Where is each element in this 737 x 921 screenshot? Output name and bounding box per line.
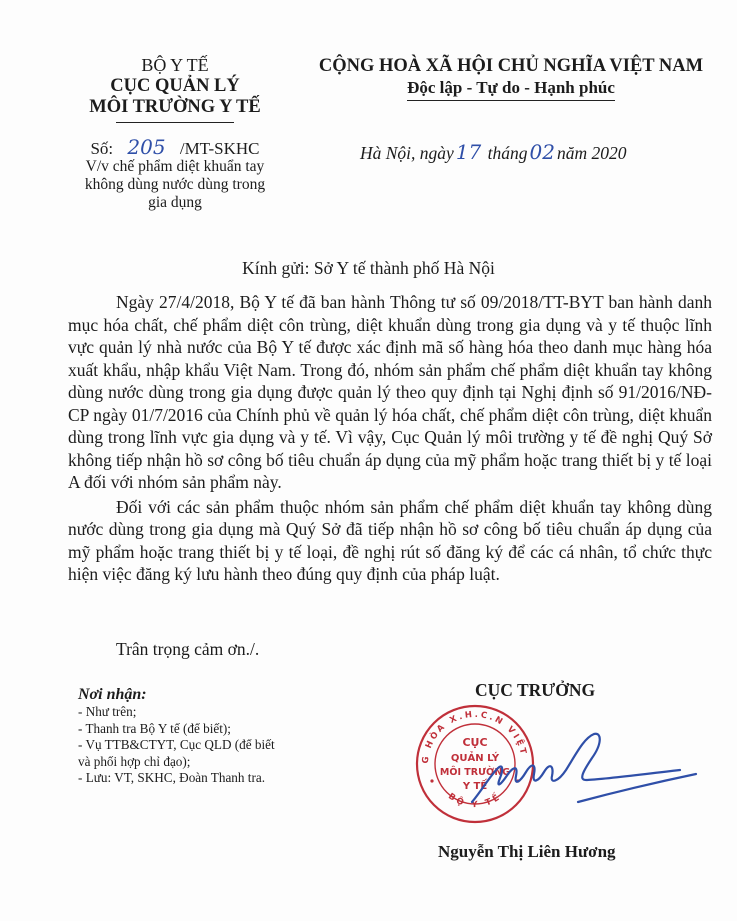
body-paragraph-1: Ngày 27/4/2018, Bộ Y tế đã ban hành Thôn… — [68, 291, 712, 494]
national-header-block: CỘNG HOÀ XÃ HỘI CHỦ NGHĨA VIỆT NAM Độc l… — [295, 55, 727, 101]
document-number: Số: 205 /MT-SKHC — [62, 136, 288, 160]
signatory-name: Nguyễn Thị Liên Hương — [438, 842, 616, 862]
date-year: năm 2020 — [557, 143, 627, 163]
agency-underline — [116, 122, 234, 123]
ministry-name: BỘ Y TẾ — [62, 55, 288, 76]
letter-body: Ngày 27/4/2018, Bộ Y tế đã ban hành Thôn… — [68, 291, 712, 586]
agency-name-line1: CỤC QUẢN LÝ — [62, 76, 288, 97]
recipients-title: Nơi nhận: — [78, 685, 338, 704]
subject-line: không dùng nước dùng trong — [62, 176, 288, 194]
handwritten-signature — [468, 730, 698, 810]
recipient-item: - Vụ TTB&CTYT, Cục QLD (để biết — [78, 737, 338, 754]
recipient-item: - Như trên; — [78, 704, 338, 721]
document-subject: V/v chế phẩm diệt khuẩn tay không dùng n… — [62, 158, 288, 212]
document-date: Hà Nội, ngày17 tháng02năm 2020 — [360, 140, 627, 164]
national-motto: Độc lập - Tự do - Hạnh phúc — [407, 77, 615, 101]
nation-name: CỘNG HOÀ XÃ HỘI CHỦ NGHĨA VIỆT NAM — [295, 55, 727, 77]
issuing-agency-block: BỘ Y TẾ CỤC QUẢN LÝ MÔI TRƯỜNG Y TẾ — [62, 55, 288, 123]
recipient-item: - Thanh tra Bộ Y tế (để biết); — [78, 721, 338, 738]
closing-line: Trân trọng cảm ơn./. — [116, 639, 259, 660]
subject-line: gia dụng — [62, 194, 288, 212]
salutation: Kính gửi: Sở Y tế thành phố Hà Nội — [0, 258, 737, 279]
doc-number-prefix: Số: — [90, 139, 113, 158]
agency-name-line2: MÔI TRƯỜNG Y TẾ — [62, 97, 288, 118]
body-paragraph-2: Đối với các sản phẩm thuộc nhóm sản phẩm… — [68, 496, 712, 586]
signatory-title: CỤC TRƯỞNG — [475, 680, 595, 701]
date-month-handwritten: 02 — [530, 140, 555, 164]
date-month-label: tháng — [488, 143, 528, 163]
date-day-handwritten: 17 — [456, 140, 481, 164]
date-place: Hà Nội, ngày — [360, 143, 454, 163]
recipients-block: Nơi nhận: - Như trên; - Thanh tra Bộ Y t… — [78, 685, 338, 787]
doc-number-handwritten: 205 — [127, 135, 165, 159]
recipient-item: và phối hợp chỉ đạo); — [78, 754, 338, 771]
recipient-item: - Lưu: VT, SKHC, Đoàn Thanh tra. — [78, 770, 338, 787]
doc-number-suffix: /MT-SKHC — [180, 139, 260, 158]
subject-line: V/v chế phẩm diệt khuẩn tay — [62, 158, 288, 176]
